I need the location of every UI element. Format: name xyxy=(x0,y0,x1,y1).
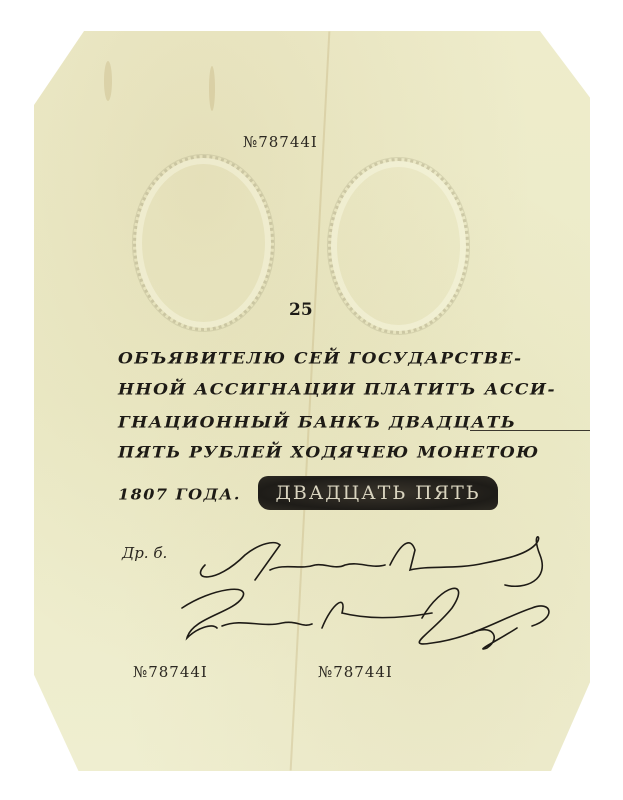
embossed-medallion-right xyxy=(328,158,469,334)
ink-rule xyxy=(470,430,590,431)
text-line-4: ПЯТЬ РУБЛЕЙ ХОДЯЧЕЮ МОНЕТОЮ xyxy=(118,444,540,462)
text-line-1: ОБЪЯВИТЕЛЮ СЕЙ ГОСУДАРСТВЕ- xyxy=(118,350,523,368)
signature-prefix: Др. б. xyxy=(122,544,167,562)
denomination-stamp: ДВАДЦАТЬ ПЯТЬ xyxy=(258,476,498,510)
denomination-numeral: 25 xyxy=(289,300,313,320)
year-label: 1807 ГОДА. xyxy=(118,486,241,503)
signature-2 xyxy=(172,578,572,658)
stain xyxy=(104,61,112,101)
text-line-3: ГНАЦИОННЫЙ БАНКЪ ДВАДЦАТЬ xyxy=(118,414,516,432)
stain xyxy=(209,66,215,111)
serial-number-top: №78744I xyxy=(243,133,318,151)
text-line-2: ННОЙ АССИГНАЦИИ ПЛАТИТЪ АССИ- xyxy=(118,381,556,399)
serial-number-bottom-right: №78744I xyxy=(318,663,393,681)
serial-number-bottom-left: №78744I xyxy=(133,663,208,681)
embossed-medallion-left xyxy=(133,155,274,331)
